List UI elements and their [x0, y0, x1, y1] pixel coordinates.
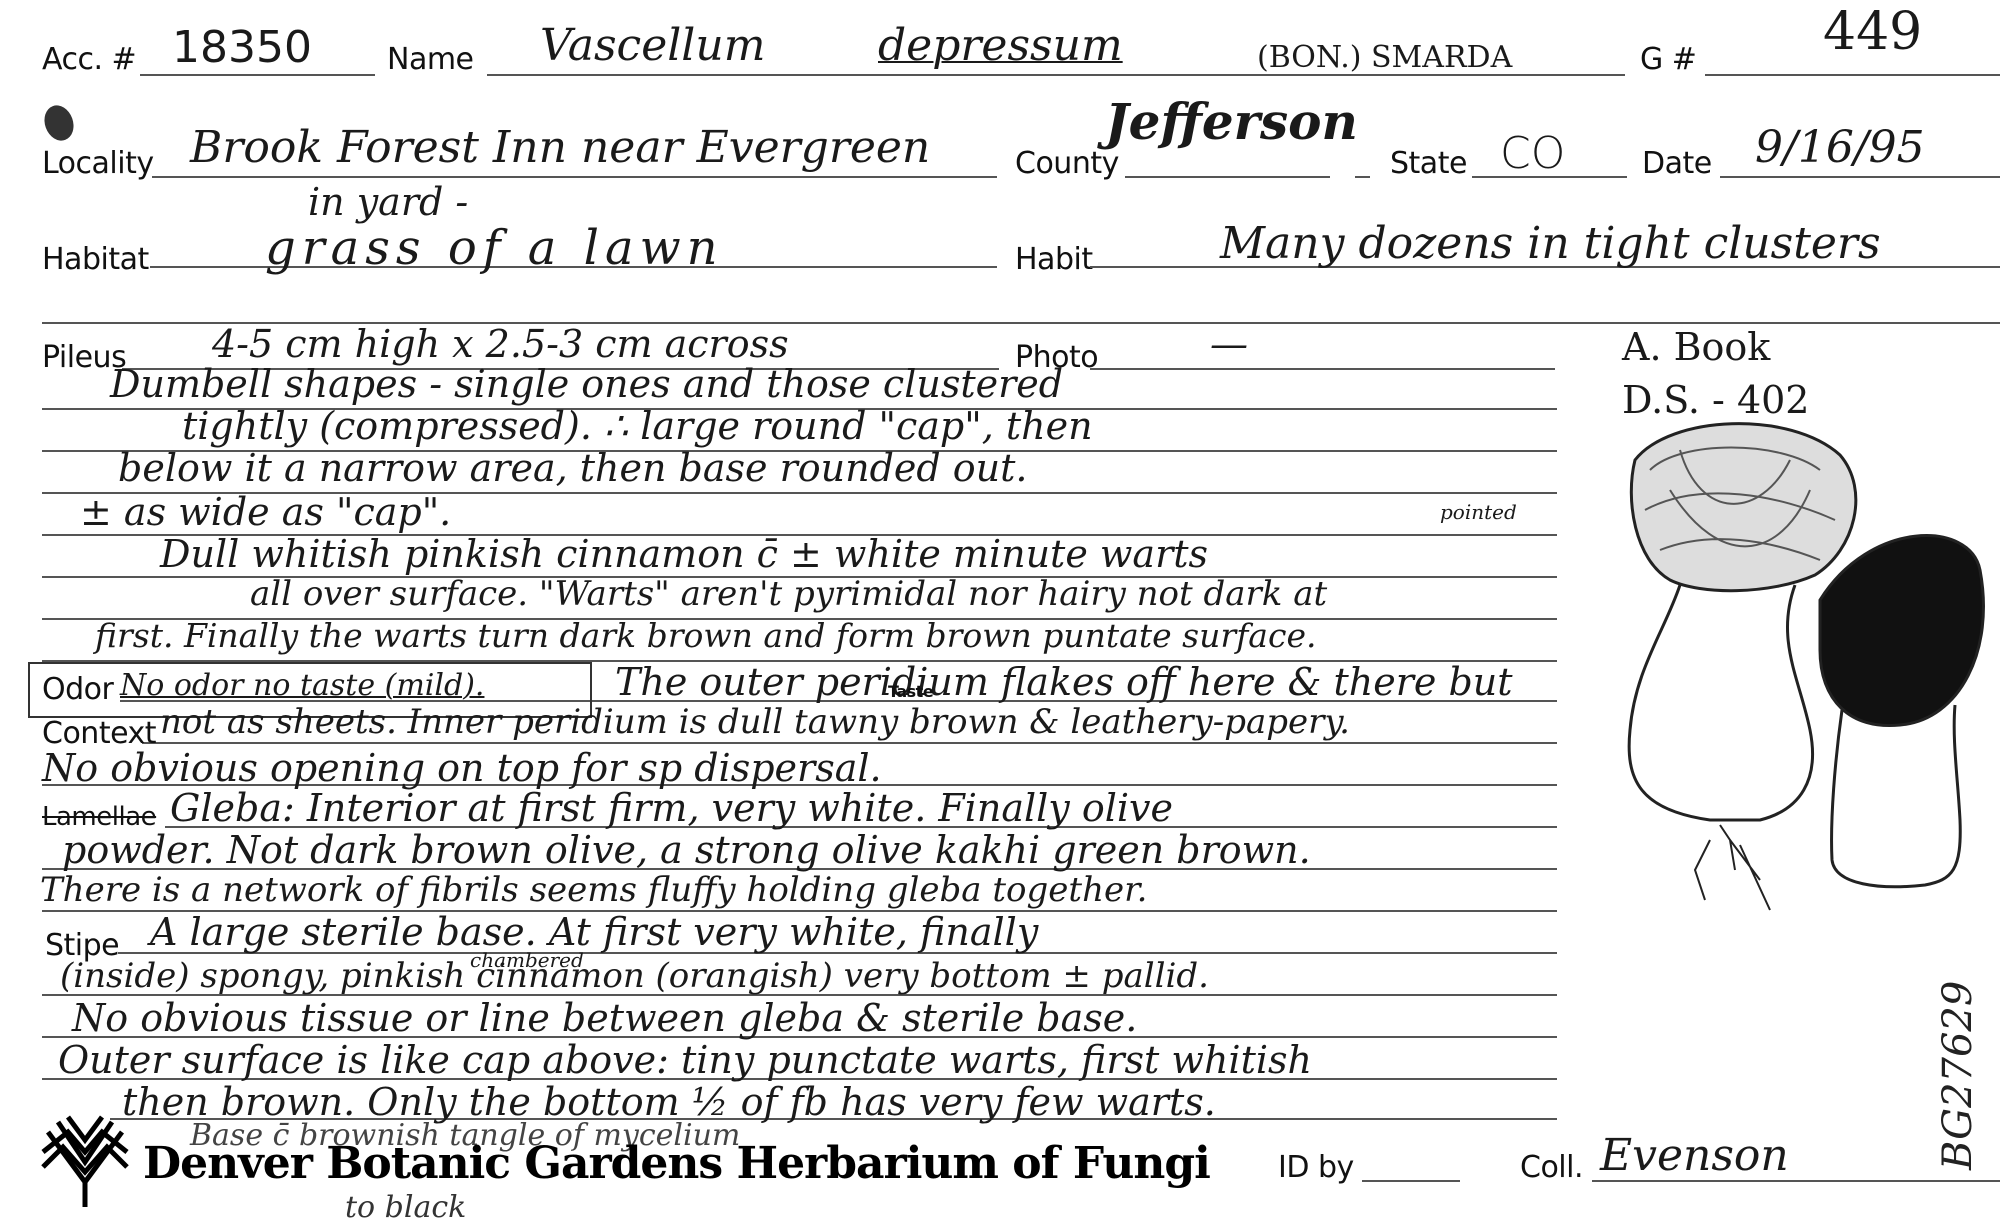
- specimen-sketch-icon: [1580, 400, 2000, 920]
- note-line: A large sterile base. At first very whit…: [150, 910, 1038, 954]
- name-label: Name: [387, 42, 474, 77]
- date-value: 9/16/95: [1755, 122, 1925, 173]
- state-label: State: [1390, 146, 1467, 181]
- note-line: The outer peridium flakes off here & the…: [615, 660, 1513, 704]
- note-line: There is a network of fibrils seems fluf…: [40, 870, 1147, 910]
- pileus-value: 4-5 cm high x 2.5-3 cm across: [212, 322, 789, 366]
- habitat-label: Habitat: [42, 242, 149, 277]
- odor-label: Odor: [42, 672, 113, 707]
- note-line: tightly (compressed). ∴ large round "cap…: [182, 404, 1093, 448]
- note-line: to black: [345, 1190, 466, 1225]
- acc-number: 18350: [172, 22, 312, 73]
- note-line: not as sheets. Inner peridium is dull ta…: [160, 702, 1350, 742]
- dbg-logo-icon: [38, 1112, 133, 1212]
- photo-note-book: A. Book: [1622, 325, 1770, 369]
- note-line: (inside) spongy, pinkish cinnamon (orang…: [60, 956, 1209, 996]
- note-line: ± as wide as "cap".: [80, 490, 451, 534]
- catalog-stamp: BG27629: [1935, 981, 1981, 1170]
- odor-value: No odor no taste (mild).: [120, 668, 484, 703]
- note-line: first. Finally the warts turn dark brown…: [95, 616, 1316, 655]
- county-value: Jefferson: [1105, 92, 1358, 151]
- photo-value: —: [1210, 322, 1248, 366]
- note-line: Outer surface is like cap above: tiny pu…: [58, 1038, 1312, 1082]
- state-value: CO: [1500, 128, 1565, 179]
- ink-blot: [40, 101, 79, 144]
- note-insert-pointed: pointed: [1440, 500, 1517, 524]
- g-number: 449: [1823, 2, 1922, 62]
- locality-value: Brook Forest Inn near Evergreen: [190, 122, 930, 173]
- habitat-value: grass of a lawn: [265, 220, 724, 276]
- taste-label: Taste: [888, 682, 933, 701]
- name-species: depressum: [878, 20, 1123, 71]
- coll-label: Coll.: [1520, 1150, 1583, 1185]
- herbarium-title: Denver Botanic Gardens Herbarium of Fung…: [143, 1138, 1210, 1189]
- id-by-label: ID by: [1278, 1150, 1354, 1185]
- name-genus: Vascellum: [540, 20, 765, 71]
- locality-label: Locality: [42, 146, 154, 181]
- note-line: Dumbell shapes - single ones and those c…: [110, 362, 1063, 406]
- habit-value: Many dozens in tight clusters: [1220, 218, 1881, 269]
- date-label: Date: [1642, 146, 1712, 181]
- note-line: No obvious tissue or line between gleba …: [72, 996, 1137, 1040]
- county-label: County: [1015, 146, 1119, 181]
- coll-value: Evenson: [1600, 1130, 1789, 1181]
- note-line: below it a narrow area, then base rounde…: [118, 446, 1028, 490]
- name-author: (BON.) SMARDA: [1257, 40, 1512, 75]
- note-line: Gleba: Interior at first firm, very whit…: [170, 786, 1173, 830]
- note-line: No obvious opening on top for sp dispers…: [42, 746, 882, 790]
- note-line: all over surface. "Warts" aren't pyrimid…: [250, 574, 1327, 614]
- note-line: powder. Not dark brown olive, a strong o…: [62, 828, 1311, 872]
- acc-label: Acc. #: [42, 42, 136, 77]
- habitat-note: in yard -: [308, 180, 468, 224]
- note-line: Dull whitish pinkish cinnamon c̄ ± white…: [160, 532, 1208, 576]
- herbarium-card: Acc. # 18350 Name Vascellum depressum (B…: [0, 0, 2000, 1227]
- g-number-label: G #: [1640, 42, 1696, 77]
- habit-label: Habit: [1015, 242, 1093, 277]
